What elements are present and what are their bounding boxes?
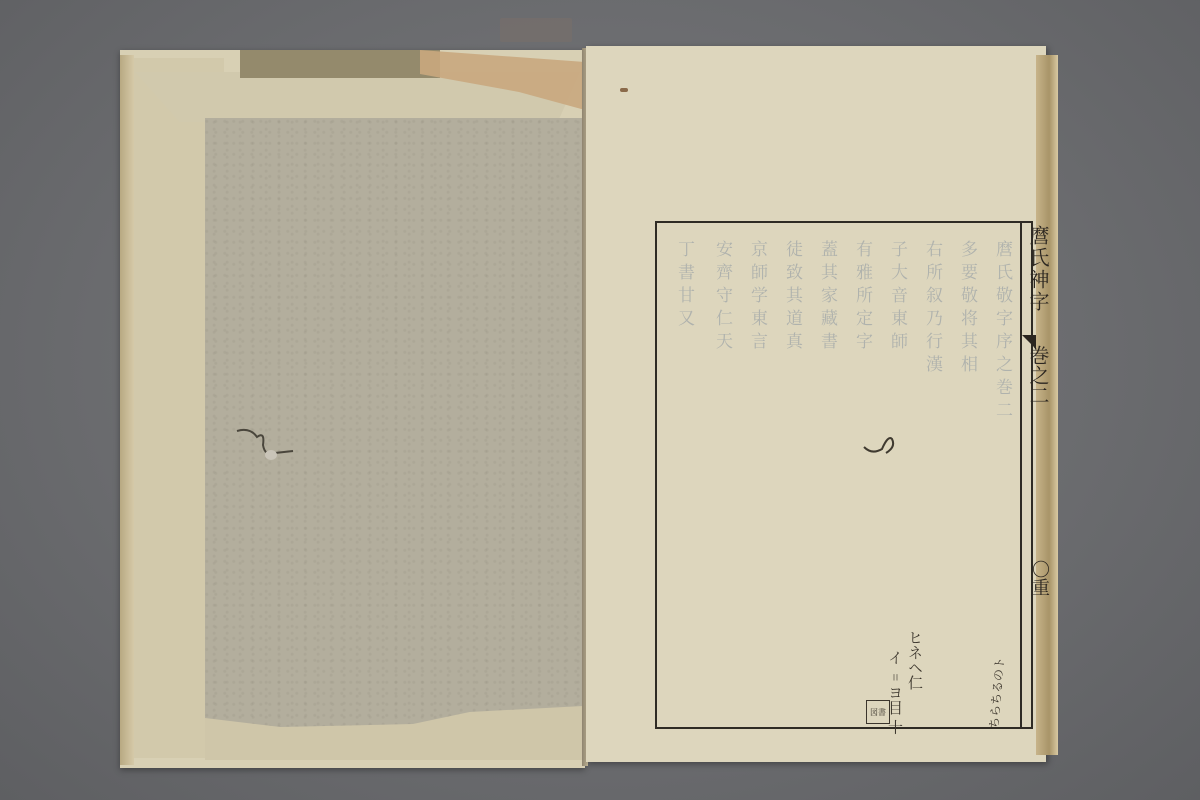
binding-string-icon [235, 425, 295, 465]
handwritten-note: ヒネヘ仁 [905, 630, 926, 690]
hashira-title: 麿氏神字 [1024, 225, 1053, 313]
show-through-text: 蓋其家藏書 [815, 240, 840, 355]
show-through-text: 有雅所定字 [850, 240, 875, 355]
cover-board [205, 118, 583, 730]
show-through-text: 子大音東師 [885, 240, 910, 355]
left-page-edge [120, 55, 134, 765]
binding-string-icon [862, 425, 902, 465]
ownership-seal: 図書 [866, 700, 890, 724]
page-block-edge [1036, 55, 1058, 755]
show-through-text: 麿氏敬字序之巻二 [990, 240, 1015, 424]
show-through-text: 安齊守仁天 [710, 240, 735, 355]
show-through-text: 京師学東言 [745, 240, 770, 355]
show-through-text: 徒致其道真 [780, 240, 805, 355]
show-through-text: 多要敬将其相 [955, 240, 980, 378]
stain-mark [620, 88, 628, 92]
hashira-divider [1020, 221, 1022, 729]
hashira-volume: 巻之二 [1024, 345, 1053, 405]
show-through-text: 丁書甘又 [672, 240, 697, 332]
archive-label [500, 18, 572, 42]
page-number: 〇重 [1026, 560, 1052, 596]
spine-tape [240, 50, 440, 78]
show-through-text: 右所叙乃行漢 [920, 240, 945, 378]
